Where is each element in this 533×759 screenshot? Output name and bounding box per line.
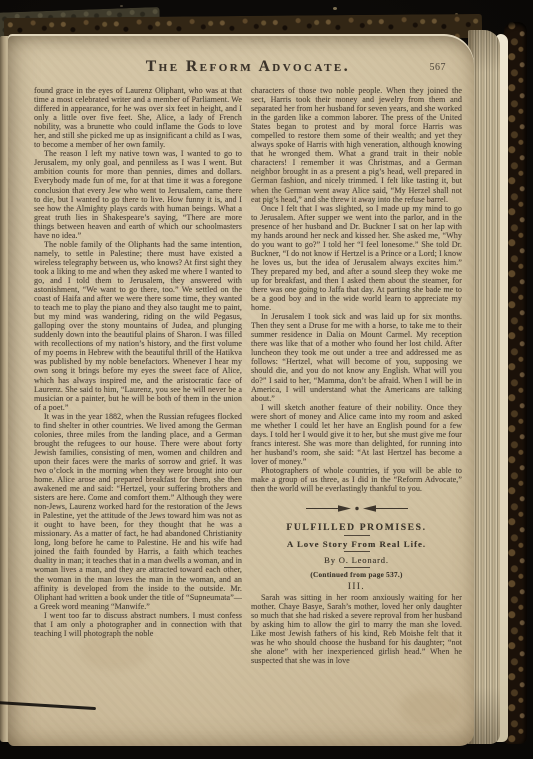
section-divider-ornament bbox=[305, 500, 409, 518]
paragraph: Once I felt that I was slighted, so I ma… bbox=[251, 204, 462, 313]
paragraph: Photographers of whole countries, if you… bbox=[251, 466, 462, 493]
paragraph: It was in the year 1882, when the Russia… bbox=[34, 412, 242, 611]
dust-speck bbox=[333, 7, 337, 10]
heading-rule bbox=[344, 535, 370, 536]
paragraph: Sarah was sitting in her room anxiously … bbox=[251, 593, 462, 665]
paragraph: found grace in the eyes of Laurenz Oliph… bbox=[34, 86, 242, 149]
page-number: 567 bbox=[430, 62, 447, 73]
dust-speck bbox=[120, 5, 123, 7]
publication-title: The Reform Advocate. bbox=[34, 58, 462, 76]
story-subtitle: A Love Story From Real Life. bbox=[251, 539, 462, 549]
heading-rule bbox=[344, 551, 370, 552]
heading-rule bbox=[344, 567, 370, 568]
paragraph: I went too far to discuss abstract numbe… bbox=[34, 611, 242, 638]
story-title: FULFILLED PROMISES. bbox=[251, 522, 462, 533]
byline: By O. Leonard. bbox=[251, 555, 462, 565]
text-columns: found grace in the eyes of Laurenz Oliph… bbox=[34, 86, 462, 722]
paragraph: In Jerusalem I took sick and was laid up… bbox=[251, 312, 462, 402]
book-page: The Reform Advocate. 567 found grace in … bbox=[8, 34, 474, 746]
text-column-right: characters of those two noble people. Wh… bbox=[251, 86, 462, 722]
book-photograph: The Reform Advocate. 567 found grace in … bbox=[0, 0, 533, 759]
paragraph: The reason I left my native town was, I … bbox=[34, 149, 242, 239]
chapter-number: III. bbox=[251, 581, 462, 591]
continuation-note: (Continued from page 537.) bbox=[251, 571, 462, 579]
paragraph: The noble family of the Oliphants had th… bbox=[34, 240, 242, 412]
text-column-left: found grace in the eyes of Laurenz Oliph… bbox=[34, 86, 242, 722]
running-header: The Reform Advocate. 567 bbox=[34, 58, 462, 82]
paragraph: characters of those two noble people. Wh… bbox=[251, 86, 462, 204]
paragraph: I will sketch another feature of their n… bbox=[251, 403, 462, 466]
